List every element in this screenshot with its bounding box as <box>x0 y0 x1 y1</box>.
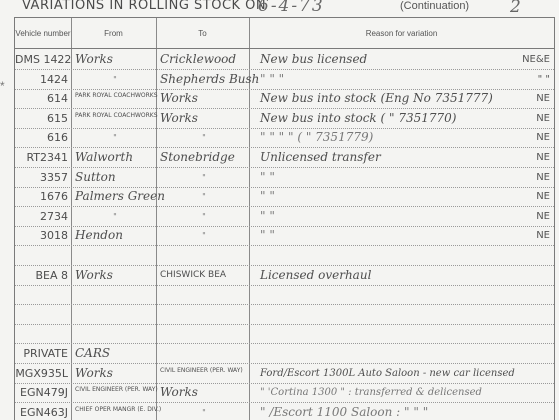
to-cell <box>160 344 248 363</box>
header-vehicle-number: Vehicle number <box>15 18 71 48</box>
code-cell: NE&E <box>495 50 550 69</box>
table-row: DMS 1422WorksCricklewoodNew bus licensed… <box>15 50 554 70</box>
code-cell: " " <box>495 70 550 89</box>
header-to: To <box>156 18 249 48</box>
to-cell <box>160 305 248 324</box>
table-row: 3357Sutton"" "NE <box>15 168 554 188</box>
reason-cell <box>260 344 500 363</box>
vehicle-number-cell <box>15 246 68 265</box>
continuation-label: (Continuation) <box>400 0 469 12</box>
from-cell <box>75 305 155 324</box>
reason-cell: New bus into stock (Eng No 7351777) <box>260 89 500 108</box>
table-row <box>15 324 554 344</box>
reason-cell: New bus into stock ( " 7351770) <box>260 109 500 128</box>
vehicle-number-cell: MGX935L <box>15 364 68 383</box>
reason-cell: Unlicensed transfer <box>260 148 500 167</box>
to-cell: Works <box>160 383 248 402</box>
code-cell: NE <box>495 207 550 226</box>
vehicle-number-cell: DMS 1422 <box>15 50 68 69</box>
to-cell: " <box>160 168 248 187</box>
table-row: EGN479JCIVIL ENGINEER (PER. WAY)Works" '… <box>15 383 554 403</box>
vehicle-number-cell: BEA 8 <box>15 266 68 285</box>
vehicle-number-cell: 1676 <box>15 187 68 206</box>
table-header: Vehicle number From To Reason for variat… <box>15 18 554 49</box>
reason-cell: Licensed overhaul <box>260 266 500 285</box>
code-cell: NE <box>495 89 550 108</box>
vehicle-number-cell: 614 <box>15 89 68 108</box>
reason-cell: " " <box>260 168 500 187</box>
from-cell: CHIEF OPER MANGR (E. DIV.) <box>75 403 155 420</box>
reason-cell: " /Escort 1100 Saloon : " " " <box>260 403 500 420</box>
header-reason: Reason for variation <box>249 18 554 48</box>
reason-cell: " " " <box>260 70 500 89</box>
code-cell <box>495 344 550 363</box>
from-cell: Works <box>75 364 155 383</box>
vehicle-number-cell: RT2341 <box>15 148 68 167</box>
margin-asterisk: * <box>0 79 5 93</box>
rolling-stock-table: Vehicle number From To Reason for variat… <box>14 17 555 420</box>
table-row: BEA 8WorksCHISWICK BEALicensed overhaul <box>15 266 554 286</box>
from-cell: Hendon <box>75 226 155 245</box>
code-cell <box>495 383 550 402</box>
table-row <box>15 285 554 305</box>
table-row: RT2341WalworthStonebridgeUnlicensed tran… <box>15 148 554 168</box>
from-cell: " <box>75 207 155 226</box>
code-cell <box>495 266 550 285</box>
to-cell: CHISWICK BEA <box>160 266 248 285</box>
table-row: 3018Hendon"" "NE <box>15 226 554 246</box>
code-cell: NE <box>495 148 550 167</box>
reason-cell <box>260 285 500 304</box>
to-cell: Works <box>160 109 248 128</box>
table-row: 1424"Shepherds Bush" " "" " <box>15 70 554 90</box>
code-cell: NE <box>495 128 550 147</box>
reason-cell <box>260 246 500 265</box>
table-row: 614PARK ROYAL COACHWORKSWorksNew bus int… <box>15 89 554 109</box>
to-cell: " <box>160 403 248 420</box>
reason-cell: " " <box>260 207 500 226</box>
table-row <box>15 246 554 266</box>
from-cell: Sutton <box>75 168 155 187</box>
vehicle-number-cell: EGN463J <box>15 403 68 420</box>
to-cell: Works <box>160 89 248 108</box>
reason-cell <box>260 305 500 324</box>
from-cell: " <box>75 128 155 147</box>
vehicle-number-cell: 3018 <box>15 226 68 245</box>
vehicle-number-cell: PRIVATE <box>15 344 68 363</box>
vehicle-number-cell <box>15 324 68 343</box>
vehicle-number-cell <box>15 285 68 304</box>
from-cell: Works <box>75 50 155 69</box>
reason-cell: Ford/Escort 1300L Auto Saloon - new car … <box>260 364 500 383</box>
code-cell: NE <box>495 226 550 245</box>
reason-cell <box>260 324 500 343</box>
table-row: MGX935LWorksCIVIL ENGINEER (PER. WAY)For… <box>15 364 554 384</box>
to-cell: Cricklewood <box>160 50 248 69</box>
reason-cell: New bus licensed <box>260 50 500 69</box>
to-cell <box>160 246 248 265</box>
form-date: 6-4-73 <box>258 0 325 16</box>
code-cell: NE <box>495 109 550 128</box>
page-number: 2 <box>510 0 521 17</box>
from-cell: Works <box>75 266 155 285</box>
code-cell <box>495 305 550 324</box>
code-cell: NE <box>495 187 550 206</box>
code-cell <box>495 403 550 420</box>
table-row: 2734""" "NE <box>15 207 554 227</box>
form-title: VARIATIONS IN ROLLING STOCK ON <box>22 0 266 13</box>
code-cell <box>495 246 550 265</box>
table-row <box>15 305 554 325</box>
vehicle-number-cell: 3357 <box>15 168 68 187</box>
reason-cell: " " <box>260 187 500 206</box>
reason-cell: " " " " ( " 7351779) <box>260 128 500 147</box>
from-cell <box>75 285 155 304</box>
to-cell: " <box>160 207 248 226</box>
from-cell <box>75 246 155 265</box>
to-cell: " <box>160 128 248 147</box>
table-row: PRIVATECARS <box>15 344 554 364</box>
reason-cell: " 'Cortina 1300 " : transferred & delice… <box>260 383 500 402</box>
vehicle-number-cell: 616 <box>15 128 68 147</box>
code-cell <box>495 285 550 304</box>
vehicle-number-cell: 1424 <box>15 70 68 89</box>
vehicle-number-cell: EGN479J <box>15 383 68 402</box>
code-cell <box>495 324 550 343</box>
vehicle-number-cell: 615 <box>15 109 68 128</box>
vehicle-number-cell: 2734 <box>15 207 68 226</box>
from-cell: Walworth <box>75 148 155 167</box>
code-cell: NE <box>495 168 550 187</box>
table-row: 615PARK ROYAL COACHWORKSWorksNew bus int… <box>15 109 554 129</box>
table-row: 1676Palmers Green"" "NE <box>15 187 554 207</box>
to-cell: Shepherds Bush <box>160 70 248 89</box>
to-cell <box>160 285 248 304</box>
from-cell: Palmers Green <box>75 187 155 206</box>
reason-cell: " " <box>260 226 500 245</box>
to-cell: " <box>160 187 248 206</box>
from-cell: CARS <box>75 344 155 363</box>
vehicle-number-cell <box>15 305 68 324</box>
table-row: EGN463JCHIEF OPER MANGR (E. DIV.)"" /Esc… <box>15 403 554 420</box>
to-cell <box>160 324 248 343</box>
code-cell <box>495 364 550 383</box>
from-cell <box>75 324 155 343</box>
to-cell: Stonebridge <box>160 148 248 167</box>
table-row: 616""" " " " ( " 7351779)NE <box>15 128 554 148</box>
from-cell: " <box>75 70 155 89</box>
to-cell: " <box>160 226 248 245</box>
header-from: From <box>71 18 156 48</box>
